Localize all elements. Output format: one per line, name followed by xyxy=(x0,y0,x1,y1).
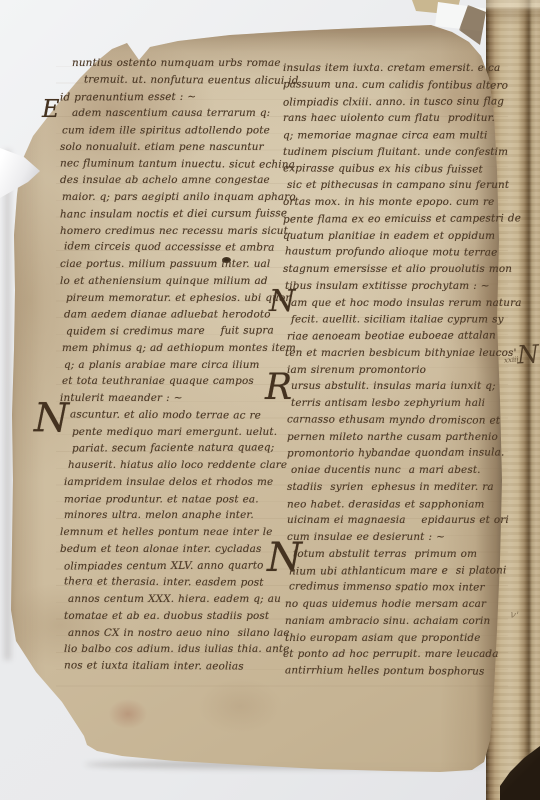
text-line: idem circeis quod accessisse et ambra xyxy=(60,239,272,257)
text-line: lio balbo cos adium. idus iulias thia. a… xyxy=(60,641,272,658)
text-line: des insulae ab achelo amne congestae xyxy=(60,172,272,189)
text-line: iampridem insulae delos et rhodos me xyxy=(60,474,272,491)
text-line: lo et atheniensium quinque milium ad xyxy=(60,273,272,290)
text-column-right: insulas item iuxta. cretam emersit. e ca… xyxy=(283,60,505,680)
text-line: olimpiades centum XLV. anno quarto xyxy=(60,557,272,575)
text-line: nec fluminum tantum inuectu. sicut echin… xyxy=(60,155,272,173)
text-line: terris antisam lesbo zephyrium hali xyxy=(283,395,505,412)
text-line: nuntius ostento numquam urbs romae xyxy=(60,55,272,72)
text-line: olimpiadis clxiii. anno. in tusco sinu f… xyxy=(283,93,505,111)
text-line: riae aenoeam beotiae euboeae attalan xyxy=(283,327,505,345)
text-line: insulas item iuxta. cretam emersit. e ca xyxy=(283,60,505,77)
text-line: hauserit. hiatus alio loco reddente clar… xyxy=(60,457,272,474)
next-page-initial-letter: N xyxy=(516,341,539,367)
text-line: cum idem ille spiritus adtollendo pote xyxy=(60,123,272,140)
text-line: tomatae et ab ea. duobus stadiis post xyxy=(60,608,272,625)
text-line: tibus insulam extitisse prochytam : ~ xyxy=(283,278,505,295)
initial-letter: E xyxy=(42,97,60,121)
text-line: et ponto ad hoc perrupit. mare leucada xyxy=(283,646,505,663)
text-line: antirrhium helles pontum bosphorus xyxy=(283,662,505,680)
text-line: Nascuntur. et alio modo terrae ac re xyxy=(60,406,272,424)
text-line: pente mediquo mari emergunt. uelut. xyxy=(60,424,272,441)
text-line: neo habet. derasidas et sapphoniam xyxy=(283,496,505,513)
text-column-left: nuntius ostento numquam urbs romaetremui… xyxy=(60,55,272,675)
text-line: carnasso ethusam myndo dromiscon et xyxy=(283,411,505,429)
text-line: haustum profundo alioque motu terrae xyxy=(283,244,505,262)
text-line: naniam ambracio sinu. achaiam corin xyxy=(283,613,505,630)
text-line: thio europam asiam que propontide xyxy=(283,630,505,647)
text-line: moriae produntur. et natae post ea. xyxy=(60,491,272,508)
text-line: annos CX in nostro aeuo nino silano lae xyxy=(60,625,272,642)
text-line: mem phimus q; ad aethiopum montes item xyxy=(60,340,272,357)
text-line: promontorio hybandae quondam insula. xyxy=(283,445,505,463)
manuscript-photograph: xxiii N v' nuntius ostento numquam urbs … xyxy=(0,0,540,800)
text-line: maior. q; pars aegipti anilo inquam apha… xyxy=(60,189,272,206)
text-line: Rursus abstulit. insulas maria iunxit q; xyxy=(283,378,505,395)
text-line: q; a planis arabiae mare circa ilium xyxy=(60,357,272,374)
text-line: iam sirenum promontorio xyxy=(283,362,505,379)
text-line: sic et pithecusas in campano sinu ferunt xyxy=(283,177,505,194)
text-line: thera et therasia. inter. easdem post xyxy=(60,574,272,592)
text-line: ortas mox. in his monte epopo. cum re xyxy=(283,194,505,211)
text-line: Nam que et hoc modo insulas rerum natura xyxy=(283,295,505,312)
text-line: nos et iuxta italiam inter. aeolias xyxy=(60,657,272,675)
text-line: stagnum emersisse et alio prouolutis mon xyxy=(283,261,505,278)
text-line: intulerit maeander : ~ xyxy=(60,390,272,407)
text-line: nium ubi athlanticum mare e si platoni xyxy=(283,562,505,580)
text-line: annos centum XXX. hiera. eadem q; au xyxy=(60,591,272,608)
text-line: pernen mileto narthe cusam parthenio xyxy=(283,429,505,446)
text-line: id praenuntium esset : ~ xyxy=(60,88,272,106)
text-line: pente flama ex eo emicuiss et campestri … xyxy=(283,210,505,228)
page-shadow-left xyxy=(4,150,11,660)
text-line: uicinam ei magnaesia epidaurus et ori xyxy=(283,512,505,529)
text-line: bedum et teon alonae inter. cycladas xyxy=(60,541,272,558)
text-line: fecit. auellit. siciliam italiae cyprum … xyxy=(283,312,505,329)
text-line: tudinem piscium fluitant. unde confestim xyxy=(283,144,505,161)
text-line: et tota teuthraniae quaque campos xyxy=(60,373,272,390)
text-line: pariat. secum faciente natura quaeq; xyxy=(60,440,272,458)
text-line: solo nonualuit. etiam pene nascuntur xyxy=(60,139,272,156)
text-line: stadiis syrien ephesus in mediter. ra xyxy=(283,479,505,496)
text-line: Eadem nascentium causa terrarum q: xyxy=(60,105,272,122)
text-line: dam aedem dianae adluebat herodoto xyxy=(60,307,272,324)
text-line: cum insulae ee desierunt : ~ xyxy=(283,529,505,546)
text-line: pireum memoratur. et ephesios. ubi quon xyxy=(60,290,272,307)
text-line: oniae ducentis nunc a mari abest. xyxy=(283,462,505,479)
text-line: homero credimus nec recessu maris sicut. xyxy=(60,223,272,240)
text-line: minores ultra. melon anaphe inter. xyxy=(60,507,272,524)
text-line: tremuit. ut. nonfutura euentus alicui id xyxy=(60,71,272,89)
text-line: no quas uidemus hodie mersam acar xyxy=(283,596,505,613)
text-line: quatum planitiae in eadem et oppidum xyxy=(283,228,505,245)
text-line: credimus immenso spatio mox inter xyxy=(283,579,505,597)
text-line: passuum una. cum calidis fontibus altero xyxy=(283,76,505,94)
text-line: ten et macrien besbicum bithyniae leucos… xyxy=(283,345,505,362)
text-line: expirasse quibus ex his cibus fuisset xyxy=(283,160,505,178)
text-line: rans haec uiolento cum flatu proditur. xyxy=(283,110,505,127)
next-page-ghost-mark: v' xyxy=(509,609,520,622)
text-line: hanc insulam noctis et diei cursum fuiss… xyxy=(60,205,272,223)
text-line: Ntotum abstulit terras primum om xyxy=(283,546,505,563)
text-line: ciae portus. milium passuum inter. ual xyxy=(60,256,272,273)
text-line: lemnum et helles pontum neae inter le xyxy=(60,524,272,541)
text-line: q; memoriae magnae circa eam multi xyxy=(283,128,505,145)
text-line: quidem si credimus mare fuit supra xyxy=(60,322,272,340)
